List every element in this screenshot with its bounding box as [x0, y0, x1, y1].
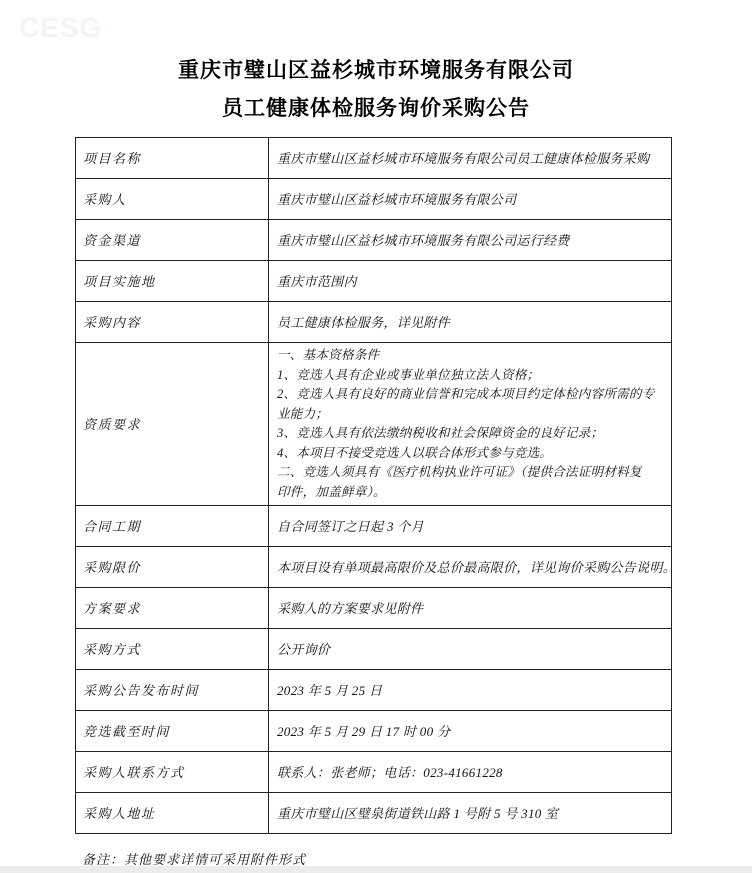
table-row-qualification-requirements: 资质要求 一、基本资格条件 1、竞选人具有企业或事业单位独立法人资格； 2、竞选…	[76, 343, 671, 506]
table-row-price-limit: 采购限价 本项目设有单项最高限价及总价最高限价，详见询价采购公告说明。	[76, 547, 671, 588]
row-value: 2023 年 5 月 25 日	[269, 670, 671, 710]
row-value: 重庆市范围内	[269, 261, 671, 301]
row-label: 采购人	[76, 179, 269, 219]
table-row-project-name: 项目名称 重庆市璧山区益杉城市环境服务有限公司员工健康体检服务采购	[76, 138, 671, 179]
table-row-procurement-content: 采购内容 员工健康体检服务，详见附件	[76, 302, 671, 343]
table-row-project-location: 项目实施地 重庆市范围内	[76, 261, 671, 302]
row-value: 2023 年 5 月 29 日 17 时 00 分	[269, 711, 671, 751]
row-value: 本项目设有单项最高限价及总价最高限价，详见询价采购公告说明。	[269, 547, 671, 587]
table-row-bid-deadline: 竞选截至时间 2023 年 5 月 29 日 17 时 00 分	[76, 711, 671, 752]
table-row-plan-requirements: 方案要求 采购人的方案要求见附件	[76, 588, 671, 629]
row-label: 资金渠道	[76, 220, 269, 260]
row-label: 项目实施地	[76, 261, 269, 301]
table-row-contact-info: 采购人联系方式 联系人：张老师；电话：023-41661228	[76, 752, 671, 793]
table-row-purchaser-address: 采购人地址 重庆市璧山区璧泉街道铁山路 1 号附 5 号 310 室	[76, 793, 671, 833]
row-label: 采购方式	[76, 629, 269, 669]
table-row-announcement-date: 采购公告发布时间 2023 年 5 月 25 日	[76, 670, 671, 711]
row-value: 一、基本资格条件 1、竞选人具有企业或事业单位独立法人资格； 2、竞选人具有良好…	[269, 343, 671, 505]
row-value: 采购人的方案要求见附件	[269, 588, 671, 628]
row-label: 采购人联系方式	[76, 752, 269, 792]
row-value: 重庆市璧山区璧泉街道铁山路 1 号附 5 号 310 室	[269, 793, 671, 833]
row-label: 竞选截至时间	[76, 711, 269, 751]
row-label: 采购内容	[76, 302, 269, 342]
page-title-company: 重庆市璧山区益杉城市环境服务有限公司	[0, 57, 752, 83]
table-row-purchaser: 采购人 重庆市璧山区益杉城市环境服务有限公司	[76, 179, 671, 220]
cesg-watermark: CESG	[19, 12, 102, 44]
page-bottom-edge	[0, 866, 752, 873]
document-header: 重庆市璧山区益杉城市环境服务有限公司 员工健康体检服务询价采购公告	[0, 0, 752, 121]
row-label: 方案要求	[76, 588, 269, 628]
row-label: 合同工期	[76, 506, 269, 546]
row-label: 项目名称	[76, 138, 269, 178]
row-value: 公开询价	[269, 629, 671, 669]
procurement-info-table: 项目名称 重庆市璧山区益杉城市环境服务有限公司员工健康体检服务采购 采购人 重庆…	[75, 137, 672, 834]
row-label: 采购公告发布时间	[76, 670, 269, 710]
row-value: 重庆市璧山区益杉城市环境服务有限公司运行经费	[269, 220, 671, 260]
row-label: 采购人地址	[76, 793, 269, 833]
row-label: 资质要求	[76, 343, 269, 505]
row-value: 重庆市璧山区益杉城市环境服务有限公司	[269, 179, 671, 219]
row-value: 自合同签订之日起 3 个月	[269, 506, 671, 546]
row-label: 采购限价	[76, 547, 269, 587]
row-value: 重庆市璧山区益杉城市环境服务有限公司员工健康体检服务采购	[269, 138, 671, 178]
table-row-funding-source: 资金渠道 重庆市璧山区益杉城市环境服务有限公司运行经费	[76, 220, 671, 261]
table-row-procurement-method: 采购方式 公开询价	[76, 629, 671, 670]
row-value: 联系人：张老师；电话：023-41661228	[269, 752, 671, 792]
row-value: 员工健康体检服务，详见附件	[269, 302, 671, 342]
page-title-announcement: 员工健康体检服务询价采购公告	[0, 95, 752, 121]
table-row-contract-period: 合同工期 自合同签订之日起 3 个月	[76, 506, 671, 547]
